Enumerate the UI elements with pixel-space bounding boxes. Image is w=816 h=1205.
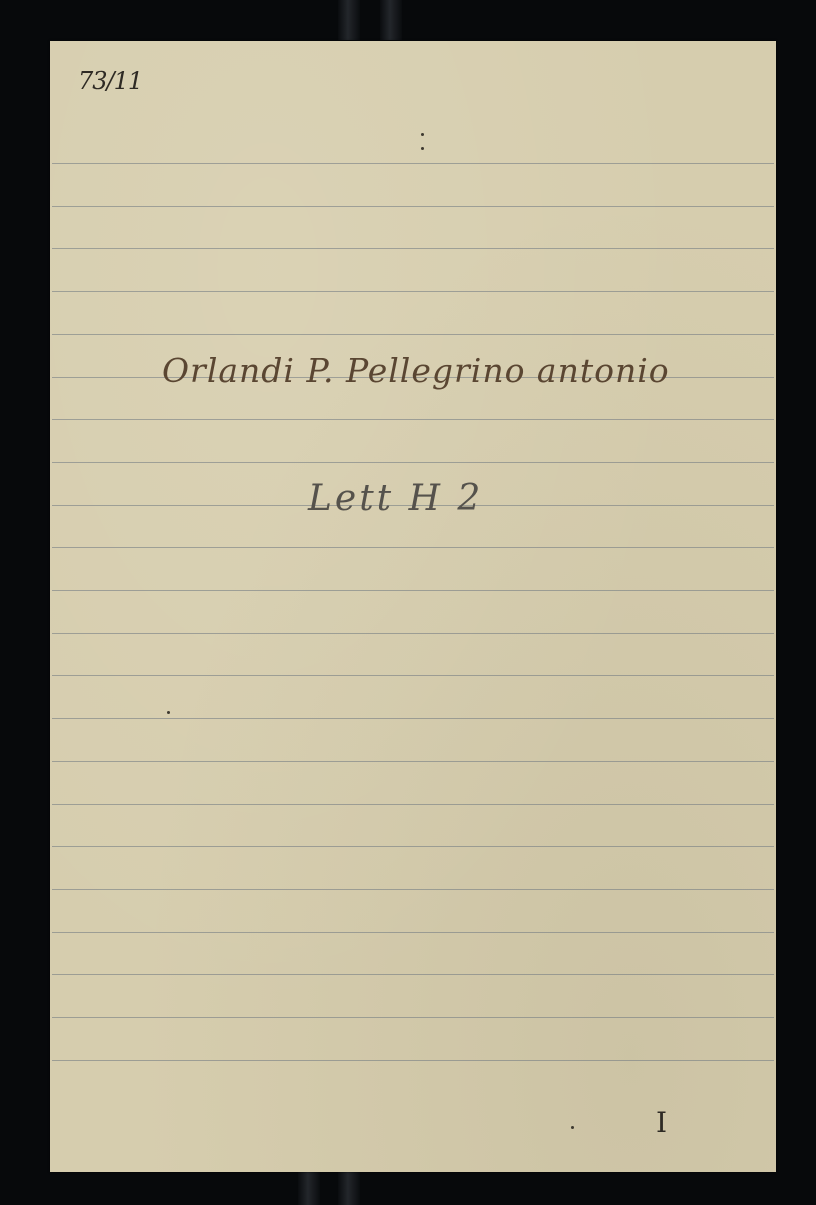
binding-strip-top — [338, 0, 360, 40]
binding-strip-bottom-2 — [338, 1172, 360, 1205]
ruled-line — [52, 163, 774, 164]
ruled-line — [52, 633, 774, 634]
ruled-line — [52, 291, 774, 292]
name-line: Orlandi P. Pellegrino antonio — [162, 354, 670, 387]
ruled-line — [52, 462, 774, 463]
ruled-line — [52, 675, 774, 676]
ruled-line — [52, 590, 774, 591]
ruled-line — [52, 718, 774, 719]
ruled-line — [52, 974, 774, 975]
ruled-line — [52, 547, 774, 548]
ruled-line — [52, 932, 774, 933]
ink-speck — [167, 711, 170, 714]
ruled-line — [52, 248, 774, 249]
ruled-line — [52, 804, 774, 805]
ruled-line — [52, 761, 774, 762]
index-card: 73/11 Orlandi P. Pellegrino antonio Lett… — [50, 41, 776, 1172]
shelf-mark: Lett H 2 — [308, 481, 483, 517]
ruled-line — [52, 1017, 774, 1018]
binding-strip-top-2 — [380, 0, 402, 40]
ink-speck — [421, 133, 424, 136]
ruled-line — [52, 889, 774, 890]
ruled-line — [52, 206, 774, 207]
reference-number: 73/11 — [78, 69, 142, 93]
binding-strip-bottom — [298, 1172, 320, 1205]
ruled-line — [52, 334, 774, 335]
ruled-line — [52, 846, 774, 847]
ink-speck — [571, 1126, 574, 1129]
page-marker: I — [656, 1109, 667, 1137]
ruled-line — [52, 419, 774, 420]
ruled-line — [52, 1060, 774, 1061]
ink-speck — [421, 147, 424, 150]
